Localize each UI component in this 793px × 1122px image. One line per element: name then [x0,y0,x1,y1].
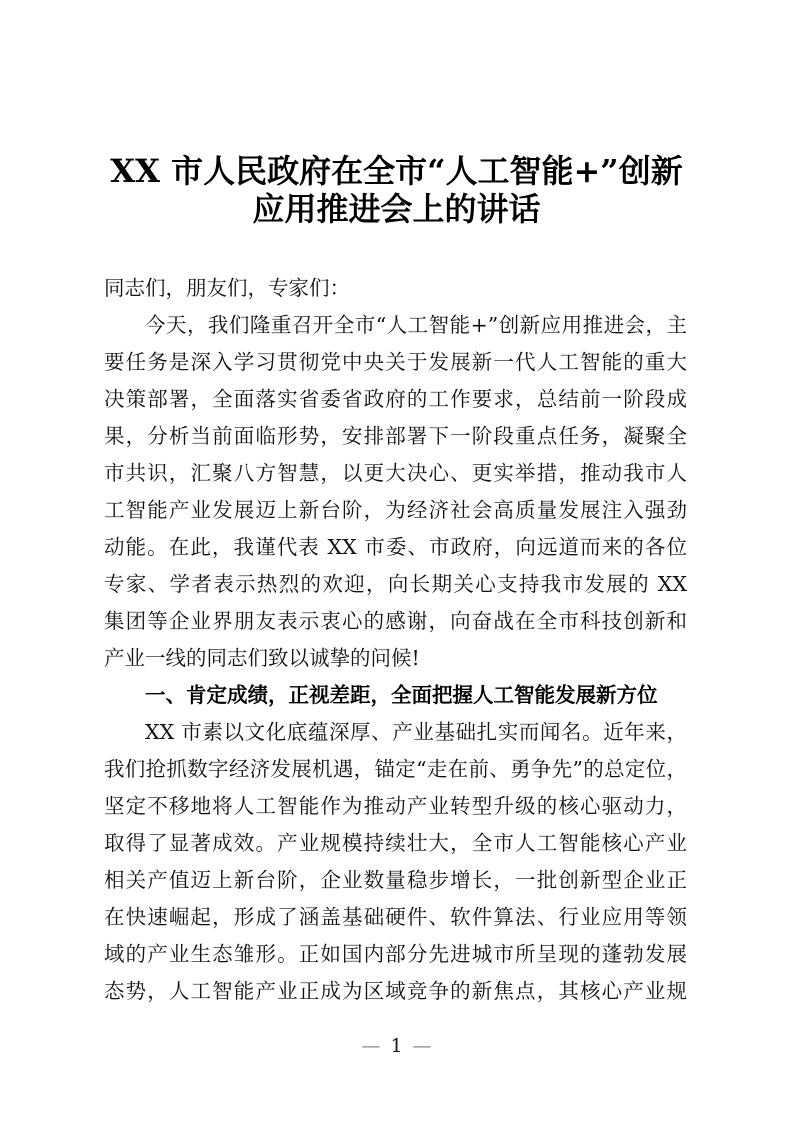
body-line: 果，分析当前面临形势，安排部署下一阶段重点任务，凝聚全 [104,418,687,455]
body-line: XX 市素以文化底蕴深厚、产业基础扎实而闻名。近年来， [104,714,687,751]
salutation-line: 同志们，朋友们，专家们： [104,270,687,307]
body-line: 要任务是深入学习贯彻党中央关于发展新一代人工智能的重大 [104,344,687,381]
body-line: 产业一线的同志们致以诚挚的问候! [104,640,687,677]
section-heading: 一、肯定成绩，正视差距，全面把握人工智能发展新方位 [104,677,687,714]
body-line: 坚定不移地将人工智能作为推动产业转型升级的核心驱动力， [104,788,687,825]
document-page: XX 市人民政府在全市“人工智能+”创新 应用推进会上的讲话 同志们，朋友们，专… [0,0,793,1122]
body-line: 工智能产业发展迈上新台阶，为经济社会高质量发展注入强劲 [104,492,687,529]
body-line: 决策部署，全面落实省委省政府的工作要求，总结前一阶段成 [104,381,687,418]
document-title-line-2: 应用推进会上的讲话 [60,190,733,228]
body-line: 态势，人工智能产业正成为区域竞争的新焦点，其核心产业规 [104,973,687,1010]
body-line: 今天，我们隆重召开全市“人工智能+”创新应用推进会，主 [104,307,687,344]
body-line: 集团等企业界朋友表示衷心的感谢，向奋战在全市科技创新和 [104,603,687,640]
body-line: 动能。在此，我谨代表 XX 市委、市政府，向远道而来的各位 [104,529,687,566]
body-line: 我们抢抓数字经济发展机遇，锚定“走在前、勇争先”的总定位， [104,751,687,788]
page-number: 1 [386,1035,406,1057]
body-line: 域的产业生态雏形。正如国内部分先进城市所呈现的蓬勃发展 [104,936,687,973]
body-line: 取得了显著成效。产业规模持续壮大，全市人工智能核心产业 [104,825,687,862]
document-body: 同志们，朋友们，专家们： 今天，我们隆重召开全市“人工智能+”创新应用推进会，主… [0,270,793,1010]
page-number-dash-right: — [407,1035,438,1057]
body-line: 相关产值迈上新台阶，企业数量稳步增长，一批创新型企业正 [104,862,687,899]
document-title-line-1: XX 市人民政府在全市“人工智能+”创新 [60,152,733,190]
body-line: 在快速崛起，形成了涵盖基础硬件、软件算法、行业应用等领 [104,899,687,936]
document-title: XX 市人民政府在全市“人工智能+”创新 应用推进会上的讲话 [0,0,793,228]
page-footer: —1— [0,1034,793,1058]
body-line: 专家、学者表示热烈的欢迎，向长期关心支持我市发展的 XX [104,566,687,603]
body-line: 市共识，汇聚八方智慧，以更大决心、更实举措，推动我市人 [104,455,687,492]
page-number-dash-left: — [355,1035,386,1057]
